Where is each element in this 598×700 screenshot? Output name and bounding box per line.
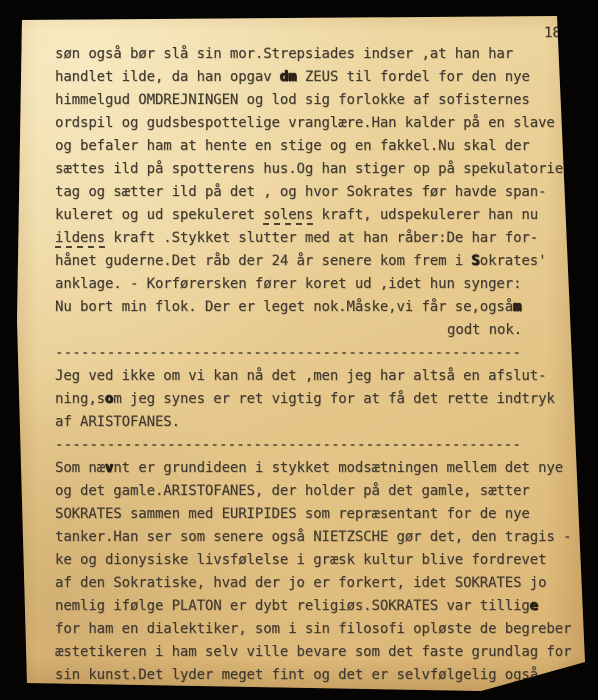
text-line: af ARISTOFANES. (55, 411, 595, 434)
text-segment-blot: m (513, 299, 521, 315)
text-segment: ordspil og gudsbespottelige vranglære.Ha… (55, 115, 555, 131)
divider-line: ----------------------------------------… (55, 342, 595, 365)
text-segment: æstetikeren i ham selv ville bevare som … (55, 644, 571, 660)
text-line: for ham en dialektiker, som i sin filoso… (55, 618, 595, 641)
text-segment: m jeg synes er ret vigtig for at få det … (113, 391, 554, 407)
text-line: sin kunst.Det lyder meget fint og det er… (55, 664, 595, 687)
text-segment-underline: ildens (55, 230, 105, 248)
text-segment: søn også bør slå sin mor.Strepsiades ind… (55, 46, 513, 62)
text-segment: Som næ (55, 460, 105, 476)
text-segment: ----------------------------------------… (55, 437, 521, 453)
text-segment: kraft .Stykket slutter med at han råber:… (105, 230, 538, 246)
text-segment-underline: solens (263, 207, 313, 225)
text-line: Jeg ved ikke om vi kan nå det ,men jeg h… (55, 365, 595, 388)
text-segment-blot: e (530, 598, 538, 614)
text-segment: anklage. - Korførersken fører koret ud ,… (55, 276, 521, 292)
text-line: godt nok. (55, 319, 595, 342)
page-number: 18 (544, 25, 561, 41)
text-line: Som nævnt er grundideen i stykket modsæt… (55, 457, 595, 480)
divider-line: ----------------------------------------… (55, 434, 595, 457)
document-text: søn også bør slå sin mor.Strepsiades ind… (55, 43, 595, 687)
text-segment: sættes ild på spotterens hus.Og han stig… (55, 161, 571, 177)
text-line: tanker.Han ser som senere også NIETZSCHE… (55, 526, 595, 549)
text-segment: af ARISTOFANES. (55, 414, 180, 430)
text-line: og befaler ham at hente en stige og en f… (55, 135, 595, 158)
text-line: tag og sætter ild på det , og hvor Sokra… (55, 181, 595, 204)
text-segment: tag og sætter ild på det , og hvor Sokra… (55, 184, 546, 200)
text-segment: hånet guderne.Det råb der 24 år senere k… (55, 253, 471, 269)
text-line: kuleret og ud spekuleret solens kraft, u… (55, 204, 595, 227)
text-segment-blot: dm (280, 69, 297, 85)
text-line: ildens kraft .Stykket slutter med at han… (55, 227, 595, 250)
text-line: handlet ilde, da han opgav dm ZEUS til f… (55, 66, 595, 89)
text-line: hånet guderne.Det råb der 24 år senere k… (55, 250, 595, 273)
text-line: SOKRATES sammen med EURIPIDES som repræs… (55, 503, 595, 526)
text-segment: Jeg ved ikke om vi kan nå det ,men jeg h… (55, 368, 546, 384)
text-segment: ke og dionysiske livsfølelse i græsk kul… (55, 552, 546, 568)
text-segment-blot: S (471, 253, 479, 269)
text-segment: SOKRATES sammen med EURIPIDES som repræs… (55, 506, 530, 522)
text-segment: for ham en dialektiker, som i sin filoso… (55, 621, 571, 637)
text-segment: Nu bort min flok. Der er leget nok.Måske… (55, 299, 513, 315)
text-line: æstetikeren i ham selv ville bevare som … (55, 641, 595, 664)
text-segment: okrates' (480, 253, 547, 269)
text-segment: og befaler ham at hente en stige og en f… (55, 138, 530, 154)
text-line: Nu bort min flok. Der er leget nok.Måske… (55, 296, 595, 319)
text-line: himmelgud OMDREJNINGEN og lod sig forlok… (55, 89, 595, 112)
text-segment: godt nok. (447, 322, 522, 338)
text-line: ning,som jeg synes er ret vigtig for at … (55, 388, 595, 411)
text-segment: kuleret og ud spekuleret (55, 207, 263, 223)
text-segment: ----------------------------------------… (55, 345, 521, 361)
text-segment: af den Sokratiske, hvad der jo er forker… (55, 575, 546, 591)
text-line: nemlig ifølge PLATON er dybt religiøs.SO… (55, 595, 595, 618)
text-line: anklage. - Korførersken fører koret ud ,… (55, 273, 595, 296)
text-segment: himmelgud OMDREJNINGEN og lod sig forlok… (55, 92, 530, 108)
text-line: søn også bør slå sin mor.Strepsiades ind… (55, 43, 595, 66)
text-line: sættes ild på spotterens hus.Og han stig… (55, 158, 595, 181)
text-segment: og det gamle.ARISTOFANES, der holder på … (55, 483, 530, 499)
scan-background: 18 søn også bør slå sin mor.Strepsiades … (0, 0, 598, 700)
text-line: ke og dionysiske livsfølelse i græsk kul… (55, 549, 595, 572)
text-segment: sin kunst.Det lyder meget fint og det er… (55, 667, 538, 683)
text-segment: ZEUS til fordel for den nye (297, 69, 530, 85)
text-line: og det gamle.ARISTOFANES, der holder på … (55, 480, 595, 503)
text-segment: handlet ilde, da han opgav (55, 69, 280, 85)
text-segment: nt er grundideen i stykket modsætningen … (113, 460, 563, 476)
text-segment: nemlig ifølge PLATON er dybt religiøs.SO… (55, 598, 530, 614)
text-line: ordspil og gudsbespottelige vranglære.Ha… (55, 112, 595, 135)
paper-sheet: 18 søn også bør slå sin mor.Strepsiades … (14, 12, 592, 696)
text-segment: tanker.Han ser som senere også NIETZSCHE… (55, 529, 571, 545)
text-segment: kraft, udspekulerer han nu (313, 207, 538, 223)
text-segment: ning,s (55, 391, 105, 407)
text-line: af den Sokratiske, hvad der jo er forker… (55, 572, 595, 595)
